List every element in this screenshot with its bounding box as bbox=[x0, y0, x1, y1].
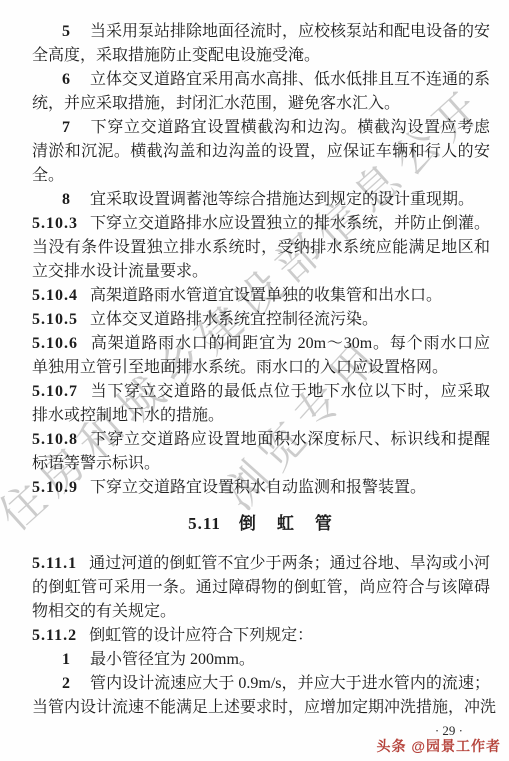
text-line: 立交排水设计流量要求。 bbox=[32, 260, 490, 284]
line-text: 下穿立交道路宜设置积水自动监测和报警装置。 bbox=[90, 479, 426, 496]
text-line: 标语等警示标识。 bbox=[32, 452, 490, 476]
line-text: 最小管径宜为 200mm。 bbox=[90, 651, 255, 668]
line-text: 当管内设计流速不能满足上述要求时，应增加定期冲洗措施，冲洗 bbox=[32, 699, 496, 716]
clause-line: 5.10.8下穿立交道路应设置地面积水深度标尺、标识线和提醒 bbox=[32, 428, 490, 452]
line-text: 宜采取设置调蓄池等综合措施达到规定的设计重现期。 bbox=[90, 191, 474, 208]
clause-line: 5.11.1通过河道的倒虹管不宜少于两条；通过谷地、旱沟或小河 bbox=[32, 552, 490, 576]
toutiao-author-stamp: 头条 @园景工作者 bbox=[376, 736, 501, 756]
clause-line: 5.10.4高架道路雨水管道宜设置单独的收集管和出水口。 bbox=[32, 284, 490, 308]
line-text: 立交排水设计流量要求。 bbox=[32, 263, 208, 280]
clause-number: 5.10.9 bbox=[32, 479, 78, 496]
line-text: 通过河道的倒虹管不宜少于两条；通过谷地、旱沟或小河 bbox=[89, 555, 490, 572]
line-text: 管内设计流速应大于 0.9m/s，并应大于进水管内的流速； bbox=[90, 675, 490, 692]
item-number: 2 bbox=[62, 675, 70, 692]
clause-number: 5.11.1 bbox=[32, 555, 77, 572]
list-item-line: 6立体交叉道路宜采用高水高排、低水低排且互不连通的系 bbox=[32, 68, 490, 92]
item-number: 1 bbox=[62, 651, 70, 668]
text-line: 全。 bbox=[32, 164, 490, 188]
clause-line: 5.10.9下穿立交道路宜设置积水自动监测和报警装置。 bbox=[32, 476, 490, 500]
item-number: 5 bbox=[62, 23, 70, 40]
line-text: 清淤和沉泥。横截沟盖和边沟盖的设置，应保证车辆和行人的安 bbox=[32, 143, 490, 160]
clause-line: 5.10.7当下穿立交道路的最低点位于地下水位以下时，应采取 bbox=[32, 380, 490, 404]
clause-number: 5.10.4 bbox=[32, 287, 78, 304]
line-text: 高架道路雨水口的间距宜为 20m～30m。每个雨水口应 bbox=[90, 335, 490, 352]
list-item-line: 5当采用泵站排除地面径流时，应校核泵站和配电设备的安 bbox=[32, 20, 490, 44]
section-number: 5.11 bbox=[188, 514, 221, 533]
clause-number: 5.10.8 bbox=[32, 431, 78, 448]
text-line: 统，并应采取措施，封闭汇水范围，避免客水汇入。 bbox=[32, 92, 490, 116]
line-text: 单独用立管引至地面排水系统。雨水口的入口应设置格网。 bbox=[32, 359, 448, 376]
clause-number: 5.10.3 bbox=[32, 215, 78, 232]
clause-line: 5.10.3下穿立交道路排水应设置独立的排水系统，并防止倒灌。 bbox=[32, 212, 490, 236]
line-text: 当没有条件设置独立排水系统时，受纳排水系统应能满足地区和 bbox=[32, 239, 490, 256]
line-text: 倒虹管的设计应符合下列规定： bbox=[89, 627, 313, 644]
text-line: 物相交的有关规定。 bbox=[32, 600, 490, 624]
line-text: 物相交的有关规定。 bbox=[32, 603, 176, 620]
document-page: 住房和城乡建设部信息公开 浏览专用 5当采用泵站排除地面径流时，应校核泵站和配电… bbox=[0, 0, 509, 761]
document-text-block: 5当采用泵站排除地面径流时，应校核泵站和配电设备的安 全高度，采取措施防止变配电… bbox=[32, 20, 490, 738]
line-text: 排水或控制地下水的措施。 bbox=[32, 407, 224, 424]
text-line: 全高度，采取措施防止变配电设施受淹。 bbox=[32, 44, 490, 68]
line-text: 立体交叉道路宜采用高水高排、低水低排且互不连通的系 bbox=[90, 71, 490, 88]
clause-number: 5.10.5 bbox=[32, 311, 78, 328]
clause-line: 5.10.5立体交叉道路排水系统宜控制径流污染。 bbox=[32, 308, 490, 332]
line-text: 高架道路雨水管道宜设置单独的收集管和出水口。 bbox=[90, 287, 442, 304]
section-heading: 5.11倒 虹 管 bbox=[32, 512, 490, 536]
text-line: 当没有条件设置独立排水系统时，受纳排水系统应能满足地区和 bbox=[32, 236, 490, 260]
line-text: 下穿立交道路排水应设置独立的排水系统，并防止倒灌。 bbox=[90, 215, 490, 232]
text-line: 排水或控制地下水的措施。 bbox=[32, 404, 490, 428]
text-line: 单独用立管引至地面排水系统。雨水口的入口应设置格网。 bbox=[32, 356, 490, 380]
text-line: 当管内设计流速不能满足上述要求时，应增加定期冲洗措施，冲洗 bbox=[32, 696, 490, 720]
clause-line: 5.11.2倒虹管的设计应符合下列规定： bbox=[32, 624, 490, 648]
clause-number: 5.10.7 bbox=[32, 383, 78, 400]
list-item-line: 7下穿立交道路宜设置横截沟和边沟。横截沟设置应考虑 bbox=[32, 116, 490, 140]
text-line: 的倒虹管可采用一条。通过障碍物的倒虹管，尚应符合与该障碍 bbox=[32, 576, 490, 600]
line-text: 立体交叉道路排水系统宜控制径流污染。 bbox=[90, 311, 378, 328]
line-text: 全。 bbox=[32, 167, 64, 184]
line-text: 标语等警示标识。 bbox=[32, 455, 160, 472]
section-title: 倒 虹 管 bbox=[239, 514, 334, 533]
line-text: 下穿立交道路宜设置横截沟和边沟。横截沟设置应考虑 bbox=[90, 119, 490, 136]
line-text: 下穿立交道路应设置地面积水深度标尺、标识线和提醒 bbox=[90, 431, 490, 448]
text-line: 清淤和沉泥。横截沟盖和边沟盖的设置，应保证车辆和行人的安 bbox=[32, 140, 490, 164]
list-item-line: 8宜采取设置调蓄池等综合措施达到规定的设计重现期。 bbox=[32, 188, 490, 212]
line-text: 当采用泵站排除地面径流时，应校核泵站和配电设备的安 bbox=[90, 23, 490, 40]
line-text: 全高度，采取措施防止变配电设施受淹。 bbox=[32, 47, 320, 64]
clause-number: 5.10.6 bbox=[32, 335, 78, 352]
list-item-line: 2管内设计流速应大于 0.9m/s，并应大于进水管内的流速； bbox=[32, 672, 490, 696]
line-text: 当下穿立交道路的最低点位于地下水位以下时，应采取 bbox=[90, 383, 490, 400]
line-text: 统，并应采取措施，封闭汇水范围，避免客水汇入。 bbox=[32, 95, 400, 112]
item-number: 8 bbox=[62, 191, 70, 208]
item-number: 6 bbox=[62, 71, 70, 88]
clause-number: 5.11.2 bbox=[32, 627, 77, 644]
item-number: 7 bbox=[62, 119, 70, 136]
list-item-line: 1最小管径宜为 200mm。 bbox=[32, 648, 490, 672]
line-text: 的倒虹管可采用一条。通过障碍物的倒虹管，尚应符合与该障碍 bbox=[32, 579, 490, 596]
clause-line: 5.10.6高架道路雨水口的间距宜为 20m～30m。每个雨水口应 bbox=[32, 332, 490, 356]
